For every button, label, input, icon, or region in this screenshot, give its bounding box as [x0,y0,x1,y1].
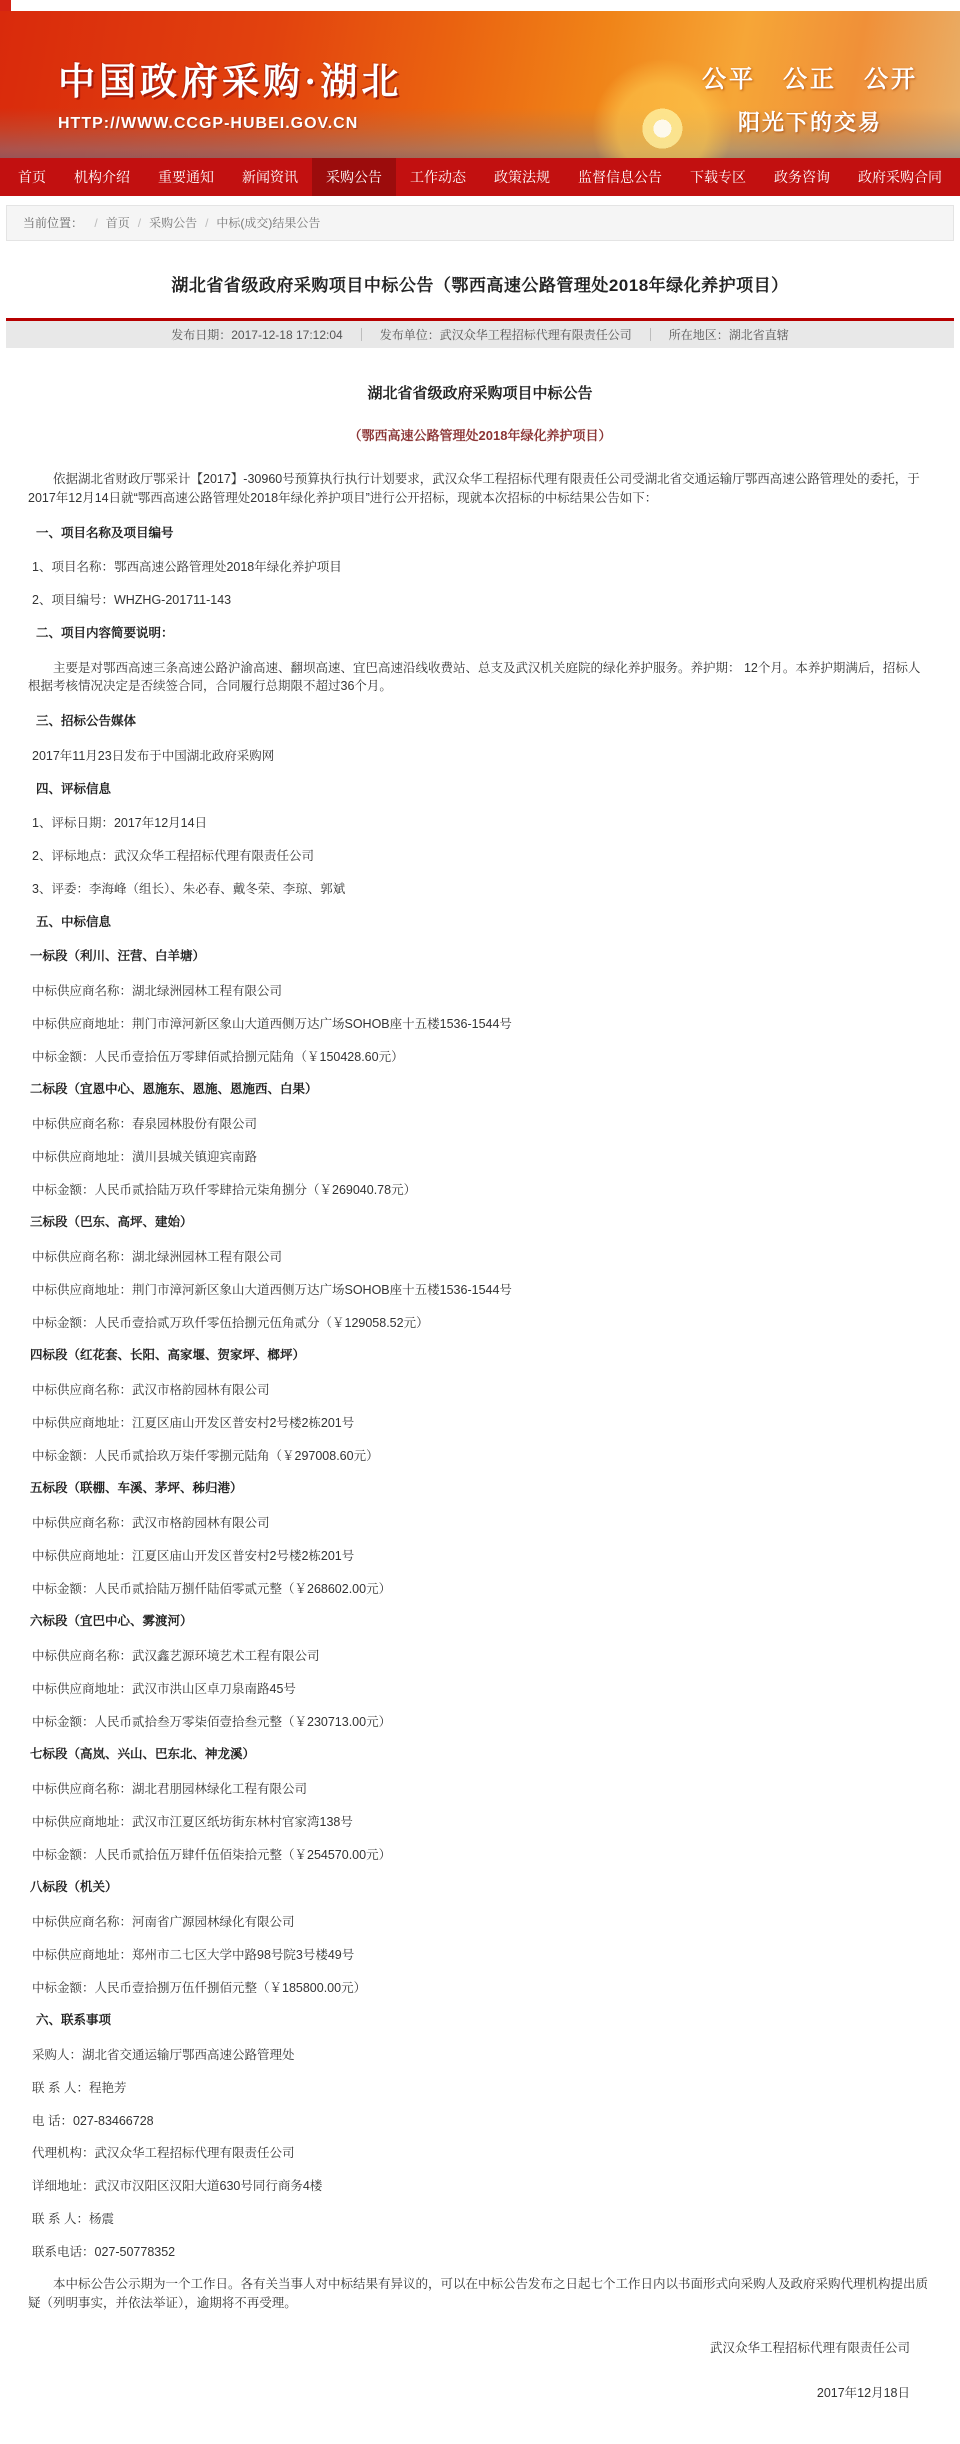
lot-heading: 六标段（宜巴中心、雾渡河） [28,1612,932,1631]
body-line: 中标供应商名称：湖北绿洲园林工程有限公司 [28,1248,932,1267]
breadcrumb-items: /首页/采购公告/中标(成交)结果公告 [86,216,320,230]
body-line: 中标供应商地址：江夏区庙山开发区普安村2号楼2栋201号 [28,1547,932,1566]
body-paragraph: 本中标公告公示期为一个工作日。各有关当事人对中标结果有异议的，可以在中标公告发布… [28,2275,932,2313]
lot-heading: 二标段（宜恩中心、恩施东、恩施、恩施西、白果） [28,1080,932,1099]
nav-item-4[interactable]: 新闻资讯 [228,158,312,196]
body-line: 联 系 人：程艳芳 [28,2079,932,2098]
article-heading: 湖北省省级政府采购项目中标公告 [28,382,932,403]
body-line: 3、评委：李海峰（组长）、朱必春、戴冬荣、李琼、郭斌 [28,880,932,899]
meta-publisher-label: 发布单位： [380,328,440,342]
body-line: 详细地址：武汉市汉阳区汉阳大道630号同行商务4楼 [28,2177,932,2196]
breadcrumb-item-2[interactable]: 采购公告 [149,216,197,230]
section-heading: 四、评标信息 [28,780,932,799]
article-subheading: （鄂西高速公路管理处2018年绿化养护项目） [28,425,932,444]
body-line: 中标供应商地址：潢川县城关镇迎宾南路 [28,1148,932,1167]
site-banner: 中国政府采购·湖北 HTTP://WWW.CCGP-HUBEI.GOV.CN 公… [0,11,960,158]
body-line: 中标供应商地址：荆门市漳河新区象山大道西侧万达广场SOHOB座十五楼1536-1… [28,1281,932,1300]
body-line: 联系电话：027-50778352 [28,2243,932,2262]
meta-region-label: 所在地区： [669,328,729,342]
body-line: 中标金额：人民币贰拾玖万柒仟零捌元陆角（￥297008.60元） [28,1447,932,1466]
breadcrumb-separator: / [205,216,208,230]
body-line: 中标供应商地址：武汉市江夏区纸坊街东林村官家湾138号 [28,1813,932,1832]
body-line: 采购人：湖北省交通运输厅鄂西高速公路管理处 [28,2046,932,2065]
body-line: 中标金额：人民币壹拾捌万伍仟捌佰元整（￥185800.00元） [28,1979,932,1998]
meta-divider [650,328,651,341]
page: 中国政府采购·湖北 HTTP://WWW.CCGP-HUBEI.GOV.CN 公… [0,0,960,2444]
top-strip [0,0,960,11]
body-line: 中标供应商名称：武汉鑫艺源环境艺术工程有限公司 [28,1647,932,1666]
nav-item-10[interactable]: 政务咨询 [760,158,844,196]
section-heading: 一、项目名称及项目编号 [28,524,932,543]
article-body: 依据湖北省财政厅鄂采计【2017】-30960号预算执行执行计划要求，武汉众华工… [28,470,932,2402]
meta-publish-date-label: 发布日期： [171,328,231,342]
nav-item-11[interactable]: 政府采购合同 [844,158,956,196]
body-line: 中标金额：人民币贰拾叁万零柒佰壹拾叁元整（￥230713.00元） [28,1713,932,1732]
section-heading: 六、联系事项 [28,2011,932,2030]
page-title: 湖北省省级政府采购项目中标公告（鄂西高速公路管理处2018年绿化养护项目） [40,271,920,296]
nav-item-3[interactable]: 重要通知 [144,158,228,196]
lot-heading: 七标段（高岚、兴山、巴东北、神龙溪） [28,1745,932,1764]
body-line: 2017年11月23日发布于中国湖北政府采购网 [28,747,932,766]
breadcrumb-item-1[interactable]: 首页 [106,216,130,230]
body-line: 中标金额：人民币壹拾伍万零肆佰贰拾捌元陆角（￥150428.60元） [28,1048,932,1067]
breadcrumb-separator: / [138,216,141,230]
nav-item-7[interactable]: 政策法规 [480,158,564,196]
site-url: HTTP://WWW.CCGP-HUBEI.GOV.CN [58,115,402,133]
body-line: 中标供应商名称：河南省广源园林绿化有限公司 [28,1913,932,1932]
nav-item-5[interactable]: 采购公告 [312,158,396,196]
body-line: 1、评标日期：2017年12月14日 [28,814,932,833]
nav-item-2[interactable]: 机构介绍 [60,158,144,196]
signature-line: 2017年12月18日 [28,2384,932,2403]
lot-heading: 八标段（机关） [28,1878,932,1897]
body-line: 代理机构：武汉众华工程招标代理有限责任公司 [28,2144,932,2163]
nav-item-9[interactable]: 下载专区 [676,158,760,196]
meta-region: 所在地区：湖北省直辖 [669,326,789,343]
body-line: 中标供应商名称：武汉市格韵园林有限公司 [28,1514,932,1533]
body-line: 中标供应商名称：春泉园林股份有限公司 [28,1115,932,1134]
site-title: 中国政府采购·湖北 [58,51,402,105]
meta-bar: 发布日期：2017-12-18 17:12:04 发布单位：武汉众华工程招标代理… [6,321,954,348]
body-line: 中标供应商地址：郑州市二七区大学中路98号院3号楼49号 [28,1946,932,1965]
nav-item-1[interactable]: 首页 [4,158,60,196]
breadcrumb-separator: / [94,216,97,230]
meta-region-value: 湖北省直辖 [729,328,789,342]
meta-publisher: 发布单位：武汉众华工程招标代理有限责任公司 [380,326,632,343]
body-line: 中标供应商名称：湖北绿洲园林工程有限公司 [28,982,932,1001]
section-heading: 二、项目内容简要说明： [28,624,932,643]
meta-divider [361,328,362,341]
slogan-line1: 公平 公正 公开 [702,59,918,94]
nav-item-8[interactable]: 监督信息公告 [564,158,676,196]
lot-heading: 三标段（巴东、高坪、建始） [28,1213,932,1232]
section-heading: 三、招标公告媒体 [28,712,932,731]
main-nav: 首页机构介绍重要通知新闻资讯采购公告工作动态政策法规监督信息公告下载专区政务咨询… [0,158,960,196]
body-line: 中标供应商地址：荆门市漳河新区象山大道西侧万达广场SOHOB座十五楼1536-1… [28,1015,932,1034]
breadcrumb: 当前位置： /首页/采购公告/中标(成交)结果公告 [6,205,954,241]
body-line: 中标金额：人民币贰拾伍万肆仟伍佰柒拾元整（￥254570.00元） [28,1846,932,1865]
body-line: 中标供应商地址：武汉市洪山区卓刀泉南路45号 [28,1680,932,1699]
section-heading: 五、中标信息 [28,913,932,932]
body-line: 电 话：027-83466728 [28,2112,932,2131]
body-paragraph: 主要是对鄂西高速三条高速公路沪渝高速、翻坝高速、宜巴高速沿线收费站、总支及武汉机… [28,659,932,697]
body-line: 联 系 人：杨震 [28,2210,932,2229]
meta-publish-date: 发布日期：2017-12-18 17:12:04 [171,326,342,343]
banner-slogan: 公平 公正 公开 阳光下的交易 [702,59,918,137]
signature-line: 武汉众华工程招标代理有限责任公司 [28,2339,932,2358]
banner-brand: 中国政府采购·湖北 HTTP://WWW.CCGP-HUBEI.GOV.CN [58,51,402,133]
lot-heading: 四标段（红花套、长阳、高家堰、贺家坪、榔坪） [28,1346,932,1365]
lot-heading: 一标段（利川、汪营、白羊塘） [28,947,932,966]
body-line: 中标供应商名称：湖北君朋园林绿化工程有限公司 [28,1780,932,1799]
breadcrumb-item-3[interactable]: 中标(成交)结果公告 [216,216,320,230]
body-line: 中标金额：人民币壹拾贰万玖仟零伍拾捌元伍角贰分（￥129058.52元） [28,1314,932,1333]
breadcrumb-prefix: 当前位置： [23,216,83,230]
content: 湖北省省级政府采购项目中标公告（鄂西高速公路管理处2018年绿化养护项目） 发布… [0,271,960,2444]
meta-publish-date-value: 2017-12-18 17:12:04 [231,328,342,342]
body-line: 2、项目编号：WHZHG-201711-143 [28,591,932,610]
body-line: 2、评标地点：武汉众华工程招标代理有限责任公司 [28,847,932,866]
nav-item-6[interactable]: 工作动态 [396,158,480,196]
slogan-line2: 阳光下的交易 [702,106,918,137]
lot-heading: 五标段（联棚、车溪、茅坪、秭归港） [28,1479,932,1498]
body-line: 中标供应商地址：江夏区庙山开发区普安村2号楼2栋201号 [28,1414,932,1433]
meta-publisher-value: 武汉众华工程招标代理有限责任公司 [440,328,632,342]
body-line: 中标供应商名称：武汉市格韵园林有限公司 [28,1381,932,1400]
body-line: 中标金额：人民币贰拾陆万捌仟陆佰零贰元整（￥268602.00元） [28,1580,932,1599]
body-paragraph: 依据湖北省财政厅鄂采计【2017】-30960号预算执行执行计划要求，武汉众华工… [28,470,932,508]
body-line: 中标金额：人民币贰拾陆万玖仟零肆拾元柒角捌分（￥269040.78元） [28,1181,932,1200]
article: 湖北省省级政府采购项目中标公告 （鄂西高速公路管理处2018年绿化养护项目） 依… [0,348,960,2444]
body-line: 1、项目名称：鄂西高速公路管理处2018年绿化养护项目 [28,558,932,577]
